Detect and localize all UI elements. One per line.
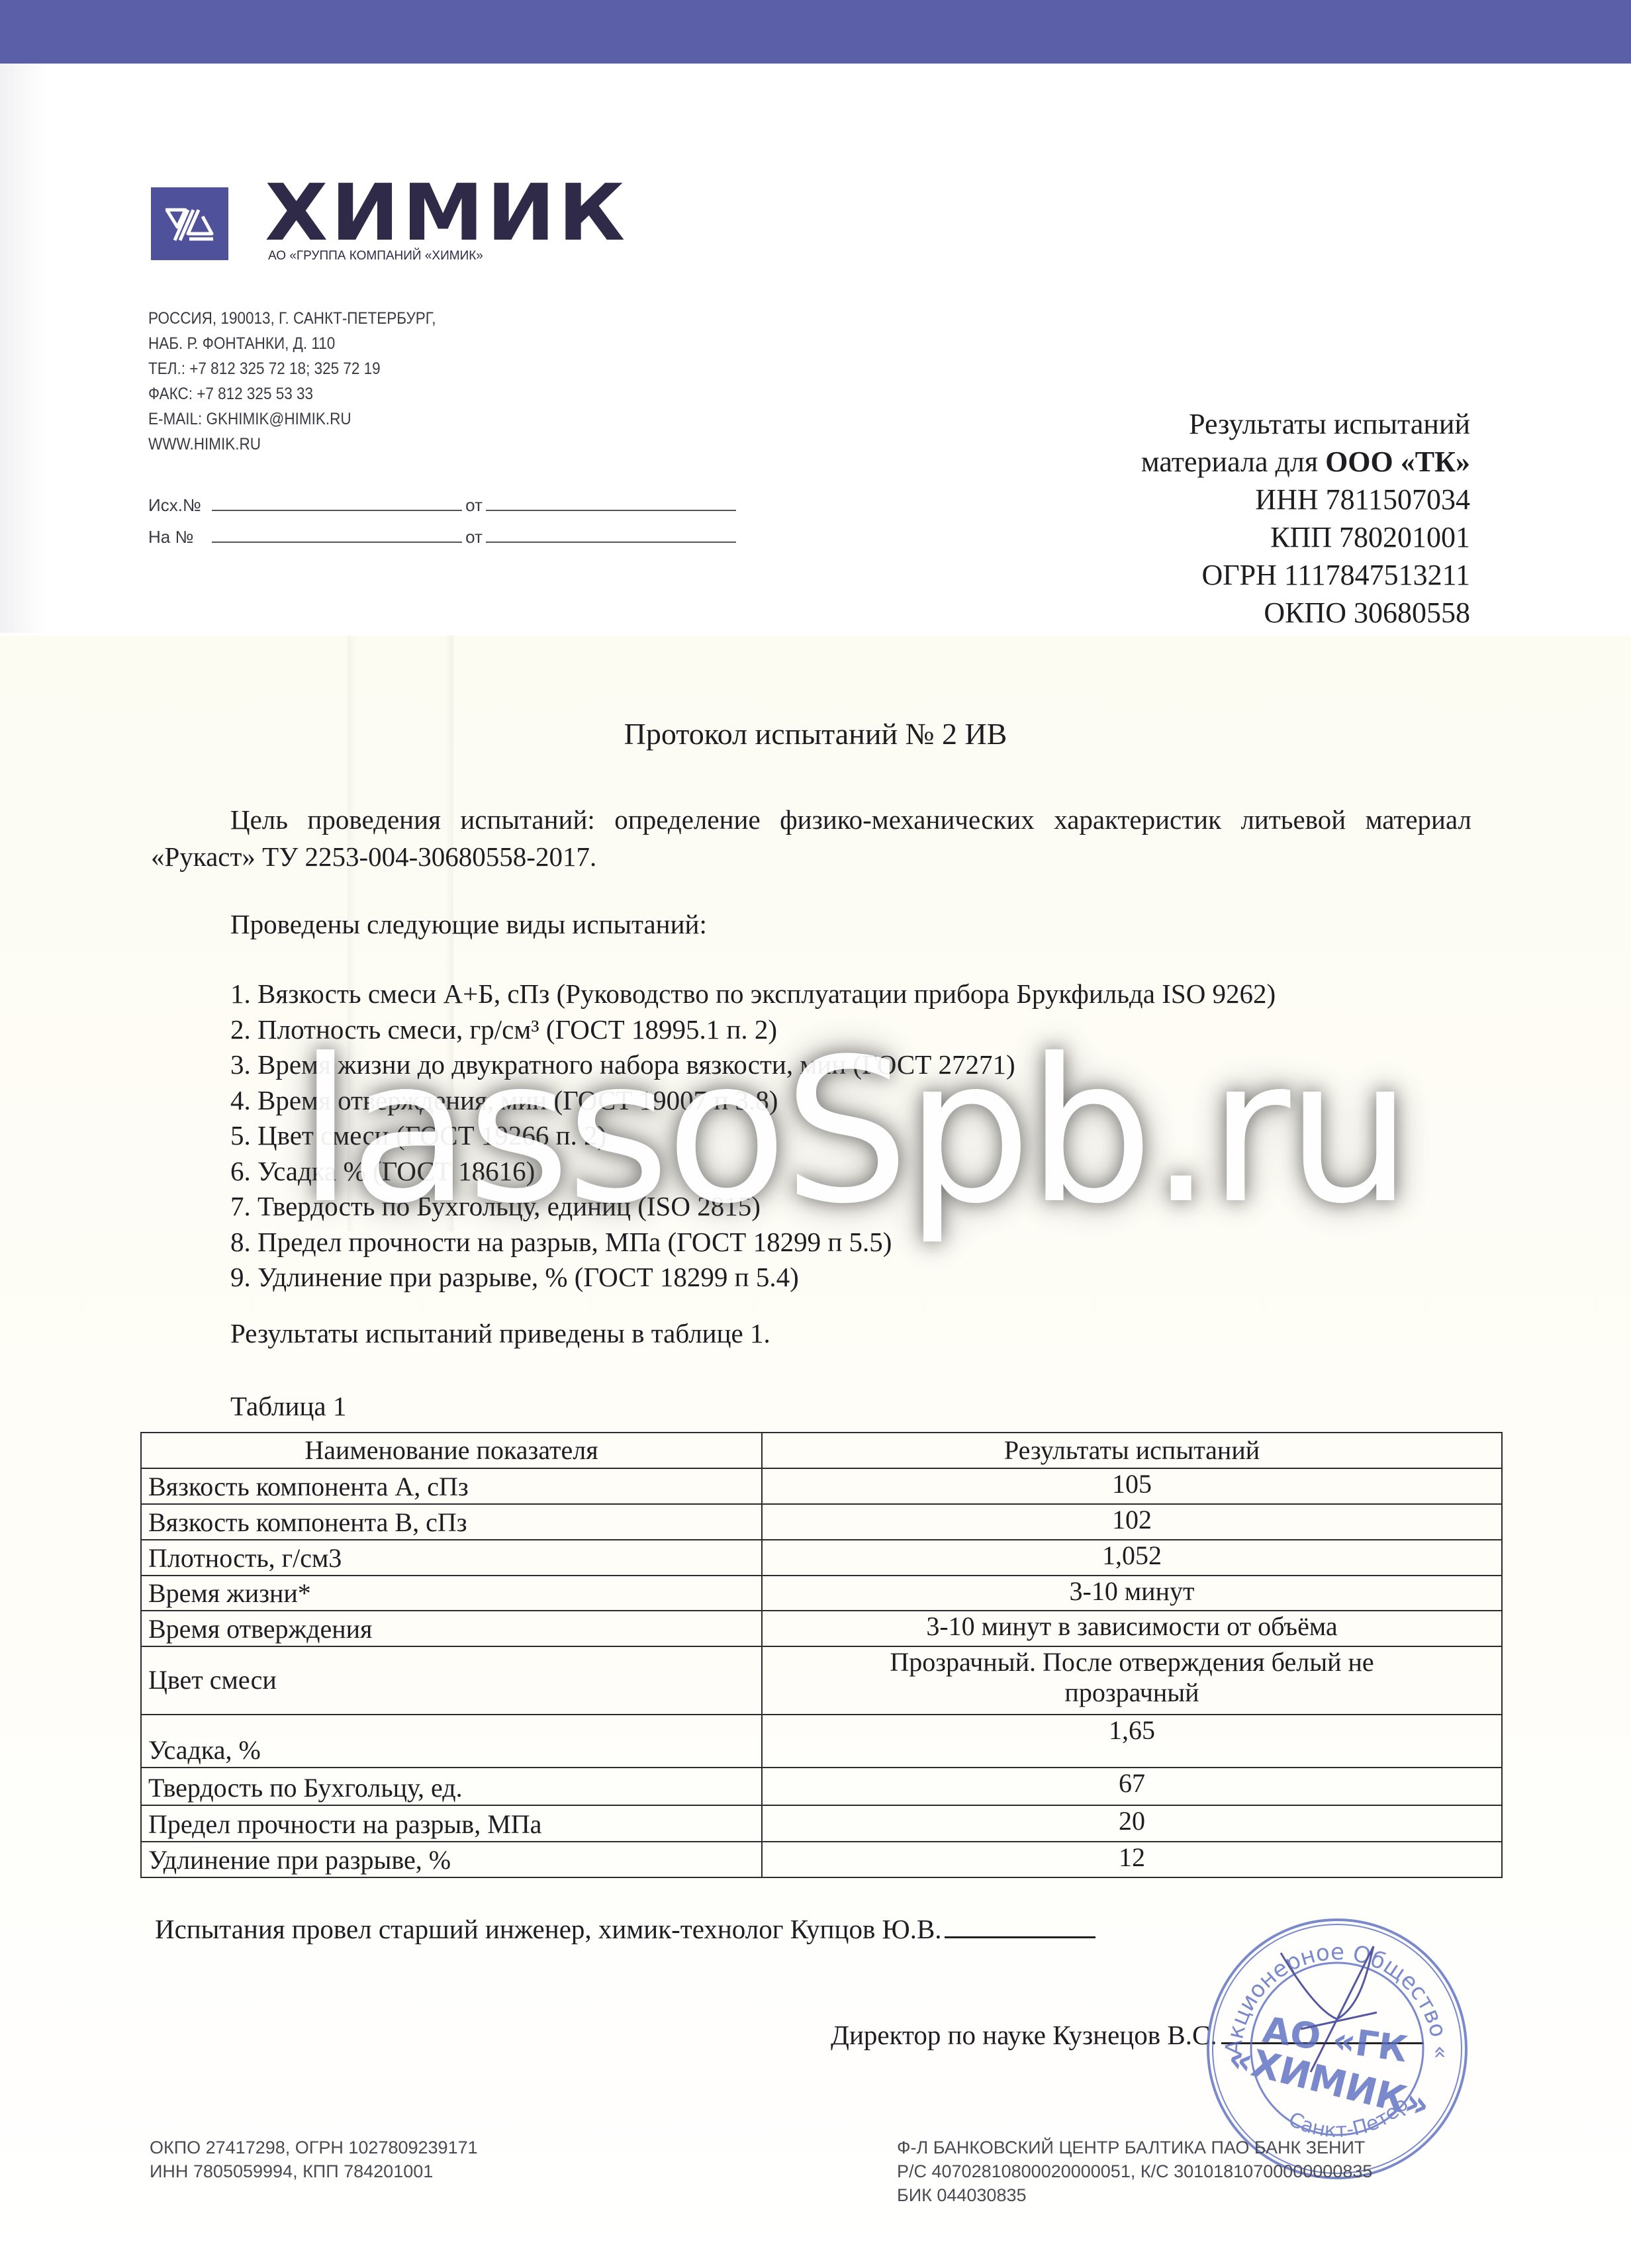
table-row: Цвет смеси Прозрачный. После отверждения… [141, 1646, 1502, 1715]
parameter-cell: Вязкость компонента В, сПз [141, 1504, 762, 1540]
table-row: Вязкость компонента В, сПз 102 [141, 1504, 1502, 1540]
table-row: Время отверждения 3-10 минут в зависимос… [141, 1611, 1502, 1646]
website-line: WWW.HIMIK.RU [148, 432, 436, 457]
recipient-line-1: Результаты испытаний [1141, 405, 1470, 443]
tests-intro: Проведены следующие виды испытаний: [230, 908, 707, 940]
table-header-row: Наименование показателя Результаты испыт… [141, 1433, 1502, 1468]
parameter-cell: Вязкость компонента А, сПз [141, 1468, 762, 1504]
outgoing-date-field [486, 510, 736, 511]
result-cell: 67 [762, 1768, 1502, 1805]
footer-line: ИНН 7805059994, КПП 784201001 [150, 2159, 478, 2183]
parameter-cell: Твердость по Бухгольцу, ед. [141, 1768, 762, 1805]
document-title: Протокол испытаний № 2 ИВ [0, 716, 1631, 751]
table-row: Время жизни* 3-10 минут [141, 1576, 1502, 1611]
result-cell: 105 [762, 1468, 1502, 1504]
table-row: Твердость по Бухгольцу, ед. 67 [141, 1768, 1502, 1805]
company-registration-footer: ОКПО 27417298, ОГРН 1027809239171 ИНН 78… [150, 2136, 478, 2183]
column-header-result: Результаты испытаний [762, 1433, 1502, 1468]
footer-line: БИК 044030835 [897, 2183, 1372, 2207]
result-cell: 1,052 [762, 1540, 1502, 1576]
result-cell: 1,65 [762, 1715, 1502, 1768]
result-cell: 12 [762, 1842, 1502, 1877]
table-caption: Таблица 1 [230, 1390, 346, 1422]
address-line: РОССИЯ, 190013, Г. САНКТ-ПЕТЕРБУРГ, [148, 306, 436, 331]
incoming-ref-label: На № [148, 527, 212, 547]
from-label: от [462, 495, 486, 516]
table-row: Вязкость компонента А, сПз 105 [141, 1468, 1502, 1504]
results-reference: Результаты испытаний приведены в таблице… [230, 1317, 770, 1349]
parameter-cell: Плотность, г/см3 [141, 1540, 762, 1576]
company-full-name: АО «ГРУППА КОМПАНИЙ «ХИМИК» [268, 249, 483, 263]
address-line: НАБ. Р. ФОНТАНКИ, Д. 110 [148, 331, 436, 356]
recipient-inn: ИНН 7811507034 [1141, 481, 1470, 518]
result-cell: 102 [762, 1504, 1502, 1540]
table-row: Усадка, % 1,65 [141, 1715, 1502, 1768]
bank-details-footer: Ф-Л БАНКОВСКИЙ ЦЕНТР БАЛТИКА ПАО БАНК ЗЕ… [897, 2136, 1372, 2207]
recipient-company: ООО «ТК» [1325, 446, 1470, 478]
parameter-cell: Время жизни* [141, 1576, 762, 1611]
result-cell: Прозрачный. После отверждения белый не п… [762, 1646, 1502, 1715]
letterhead-band [0, 0, 1631, 64]
recipient-block: Результаты испытаний материала для ООО «… [1141, 405, 1470, 632]
recipient-kpp: КПП 780201001 [1141, 518, 1470, 556]
parameter-cell: Предел прочности на разрыв, МПа [141, 1805, 762, 1842]
purpose-paragraph: Цель проведения испытаний: определение ф… [151, 801, 1471, 875]
from-label: от [462, 527, 486, 547]
email-line: E-MAIL: GKHIMIK@HIMIK.RU [148, 406, 436, 432]
parameter-cell: Цвет смеси [141, 1646, 762, 1715]
table-row: Удлинение при разрыве, % 12 [141, 1842, 1502, 1877]
outgoing-ref-row: Исх.№от [148, 495, 736, 516]
parameter-cell: Время отверждения [141, 1611, 762, 1646]
company-address: РОССИЯ, 190013, Г. САНКТ-ПЕТЕРБУРГ, НАБ.… [148, 306, 436, 457]
outgoing-ref-label: Исх.№ [148, 495, 212, 516]
incoming-ref-row: На №от [148, 527, 736, 547]
recipient-ogrn: ОГРН 1117847513211 [1141, 556, 1470, 594]
tester-signature-line: Испытания провел старший инженер, химик-… [155, 1913, 1095, 1945]
parameter-cell: Усадка, % [141, 1715, 762, 1768]
table-row: Плотность, г/см3 1,052 [141, 1540, 1502, 1576]
result-cell: 3-10 минут [762, 1576, 1502, 1611]
incoming-date-field [486, 542, 736, 543]
recipient-okpo: ОКПО 30680558 [1141, 594, 1470, 632]
list-item: 1. Вязкость смеси А+Б, сПз (Руководство … [230, 976, 1276, 1012]
watermark: lassoSpb.ru [298, 1033, 1408, 1231]
column-header-parameter: Наименование показателя [141, 1433, 762, 1468]
list-item: 9. Удлинение при разрыве, % (ГОСТ 18299 … [230, 1260, 1276, 1296]
scan-shadow [0, 64, 46, 633]
footer-line: Ф-Л БАНКОВСКИЙ ЦЕНТР БАЛТИКА ПАО БАНК ЗЕ… [897, 2136, 1372, 2159]
footer-line: ОКПО 27417298, ОГРН 1027809239171 [150, 2136, 478, 2159]
recipient-line-2: материала для ООО «ТК» [1141, 443, 1470, 481]
tester-name: Испытания провел старший инженер, химик-… [155, 1914, 942, 1944]
recipient-prefix: материала для [1141, 446, 1325, 478]
signature-blank [945, 1936, 1095, 1938]
result-cell: 3-10 минут в зависимости от объёма [762, 1611, 1502, 1646]
himik-monogram-icon [151, 187, 228, 260]
results-table: Наименование показателя Результаты испыт… [140, 1432, 1503, 1878]
table-row: Предел прочности на разрыв, МПа 20 [141, 1805, 1502, 1842]
director-name: Директор по науке Кузнецов В.С. [831, 2020, 1217, 2050]
fax-line: ФАКС: +7 812 325 53 33 [148, 381, 436, 406]
incoming-number-field [212, 542, 462, 543]
company-wordmark: ХИМИК [265, 173, 628, 252]
result-cell: 20 [762, 1805, 1502, 1842]
footer-line: Р/С 40702810800020000051, К/С 3010181070… [897, 2159, 1372, 2183]
parameter-cell: Удлинение при разрыве, % [141, 1842, 762, 1877]
outgoing-number-field [212, 510, 462, 511]
phone-line: ТЕЛ.: +7 812 325 72 18; 325 72 19 [148, 356, 436, 381]
